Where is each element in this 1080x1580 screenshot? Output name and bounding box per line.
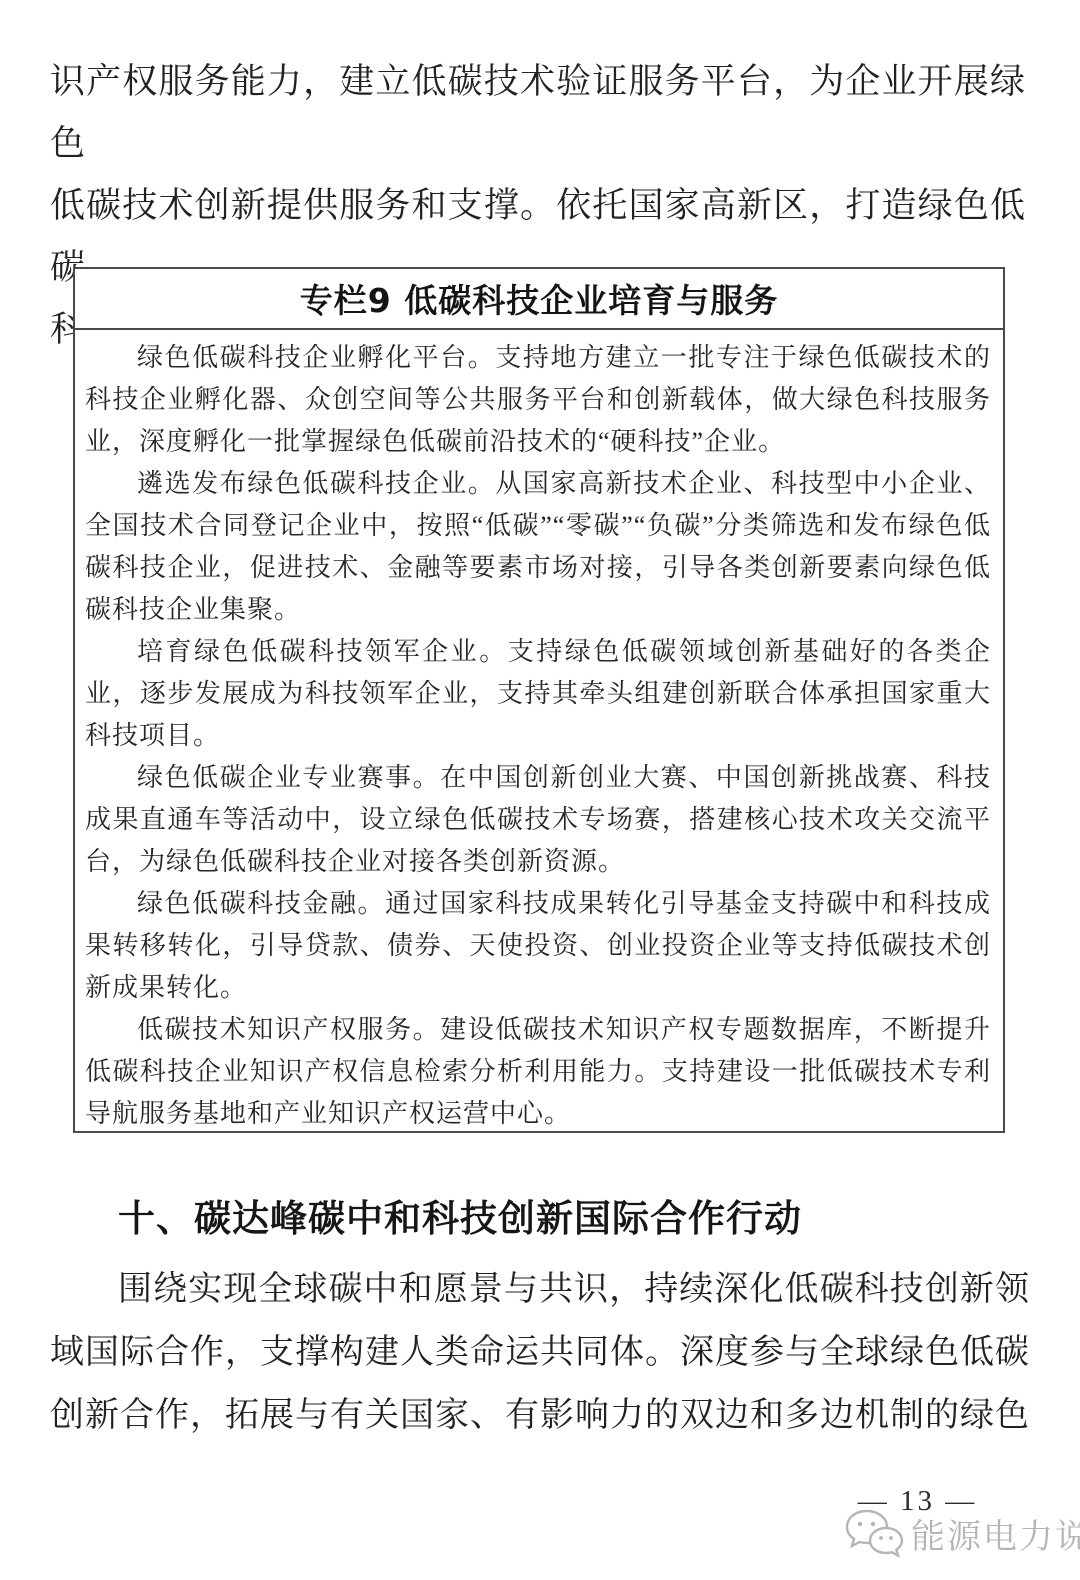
closing-line: 围绕实现全球碳中和愿景与共识，持续深化低碳科技创新领 bbox=[50, 1258, 1030, 1321]
watermark-label: 能源电力说 bbox=[911, 1509, 1080, 1558]
closing-line: 创新合作，拓展与有关国家、有影响力的双边和多边机制的绿色 bbox=[50, 1384, 1030, 1447]
column-box-paragraph: 绿色低碳企业专业赛事。在中国创新创业大赛、中国创新挑战赛、科技成果直通车等活动中… bbox=[85, 757, 991, 883]
intro-line: 识产权服务能力，建立低碳技术验证服务平台，为企业开展绿色 bbox=[50, 51, 1026, 175]
column-box-paragraph: 低碳技术知识产权服务。建设低碳技术知识产权专题数据库，不断提升低碳科技企业知识产… bbox=[85, 1009, 991, 1133]
column-box: 专栏9 低碳科技企业培育与服务 绿色低碳科技企业孵化平台。支持地方建立一批专注于… bbox=[73, 267, 1005, 1133]
closing-paragraph: 围绕实现全球碳中和愿景与共识，持续深化低碳科技创新领 域国际合作，支撑构建人类命… bbox=[50, 1258, 1030, 1447]
column-box-title: 专栏9 低碳科技企业培育与服务 bbox=[75, 269, 1003, 330]
closing-line: 域国际合作，支撑构建人类命运共同体。深度参与全球绿色低碳 bbox=[50, 1321, 1030, 1384]
section-heading: 十、碳达峰碳中和科技创新国际合作行动 bbox=[118, 1196, 802, 1242]
column-box-paragraph: 绿色低碳科技企业孵化平台。支持地方建立一批专注于绿色低碳技术的科技企业孵化器、众… bbox=[85, 337, 991, 463]
column-box-paragraph: 绿色低碳科技金融。通过国家科技成果转化引导基金支持碳中和科技成果转移转化，引导贷… bbox=[85, 883, 991, 1009]
column-box-paragraph: 培育绿色低碳科技领军企业。支持绿色低碳领域创新基础好的各类企业，逐步发展成为科技… bbox=[85, 631, 991, 757]
watermark: 能源电力说 bbox=[843, 1508, 1080, 1558]
document-page: { "colors": { "background": "#ffffff", "… bbox=[0, 0, 1080, 1580]
wechat-icon bbox=[843, 1508, 905, 1558]
column-box-paragraph: 遴选发布绿色低碳科技企业。从国家高新技术企业、科技型中小企业、全国技术合同登记企… bbox=[85, 463, 991, 631]
column-box-body: 绿色低碳科技企业孵化平台。支持地方建立一批专注于绿色低碳技术的科技企业孵化器、众… bbox=[75, 330, 1003, 1133]
